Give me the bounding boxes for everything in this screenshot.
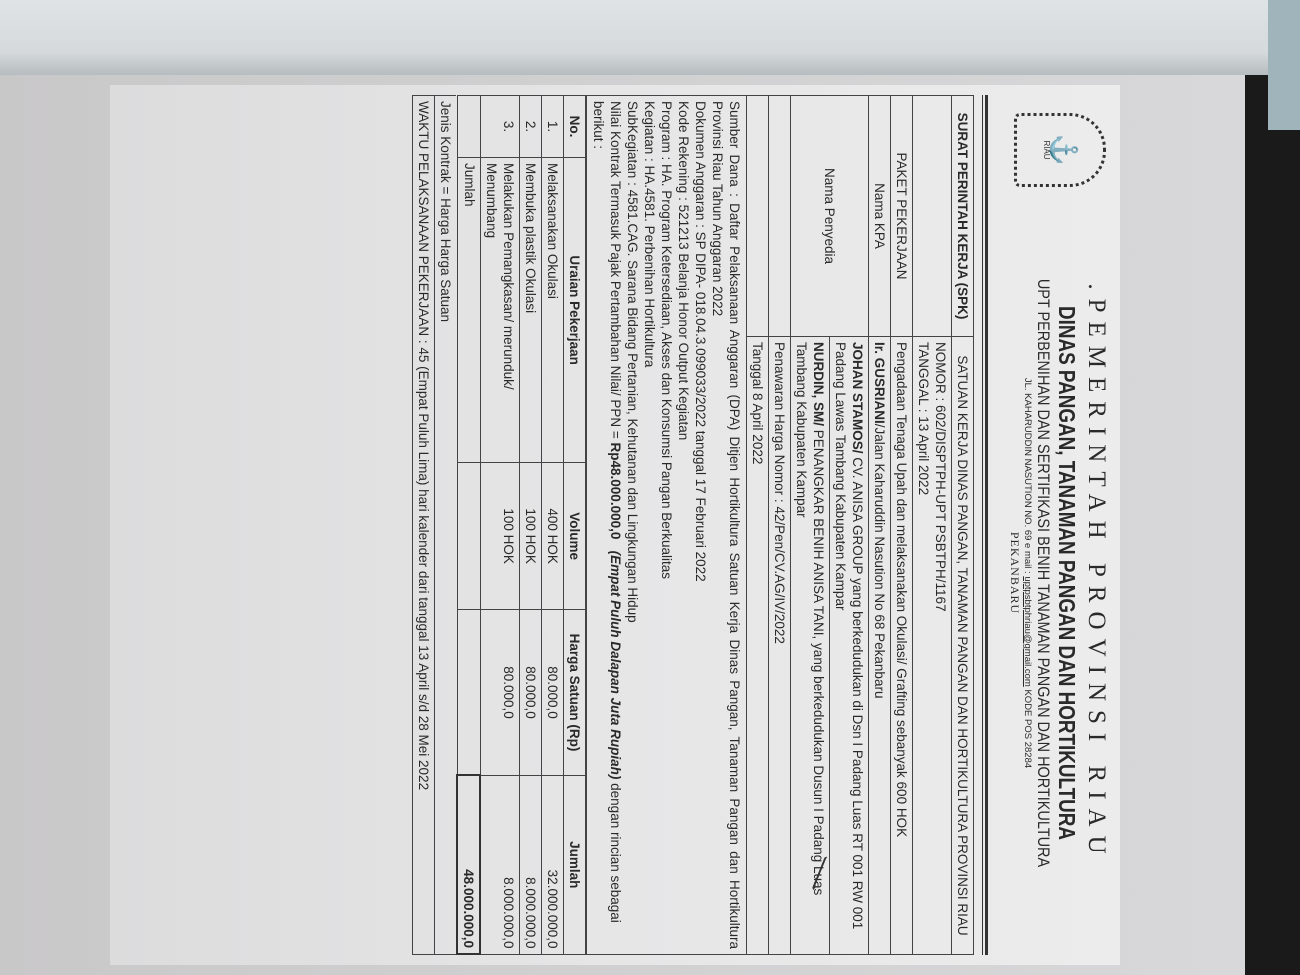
nilai-kontrak: Nilai Kontrak Termasuk Pajak Pertambahan… <box>590 101 624 949</box>
sumber-dana: Sumber Dana : Daftar Pelaksanaan Anggara… <box>709 101 743 949</box>
row-uraian: Melaksanakan Okulasi <box>542 158 564 463</box>
row-jumlah: 32.000.000,0 <box>542 775 564 954</box>
nilai-prefix: Nilai Kontrak Termasuk Pajak Pertambahan… <box>608 101 623 443</box>
row-no: 3. <box>481 96 520 158</box>
spk-row-penyedia-1: Nama Penyedia JOHAN STAMOS/ CV. ANISA GR… <box>830 96 869 955</box>
work-items-table: No. Uraian Pekerjaan Volume Harga Satuan… <box>457 95 587 955</box>
letterhead-text: .PEMERINTAH PROVINSI RIAU DINAS PANGAN, … <box>1007 191 1112 955</box>
col-no: No. <box>564 96 586 158</box>
items-header-row: No. Uraian Pekerjaan Volume Harga Satuan… <box>564 96 586 955</box>
city: PEKANBARU <box>1007 191 1022 955</box>
dokumen-anggaran: Dokumen Anggaran : SP DIPA- 018.04.3.099… <box>692 101 709 949</box>
spk-row-number: NOMOR : 602/DISPTPH-UPT PSBTPH/1167 TANG… <box>913 96 952 955</box>
government-title: .PEMERINTAH PROVINSI RIAU <box>1082 191 1110 955</box>
letterhead-divider <box>982 95 988 955</box>
spk-header-table: SURAT PERINTAH KERJA (SPK) SATUAN KERJA … <box>746 95 974 955</box>
row-harga: 80.000,0 <box>520 610 542 776</box>
nilai-amount: Rp48.000.000,0 <box>608 443 623 540</box>
spk-number-label-empty <box>913 96 952 337</box>
contract-duration: WAKTU PELAKSANAAN PEKERJAAN : 45 (Empat … <box>413 95 435 955</box>
spk-document-page: ⚓ RIAU .PEMERINTAH PROVINSI RIAU DINAS P… <box>110 85 1120 965</box>
row-jumlah: 8.000.000,0 <box>520 775 542 954</box>
jenis-kontrak: Jenis Kontrak = Harga Harga Satuan <box>438 101 455 949</box>
spk-row-kpa: Nama KPA Ir. GUSRIANI/Jalan Kaharuddin N… <box>869 96 891 955</box>
total-harga-empty <box>458 610 481 776</box>
email-link[interactable]: uptpsbtphriau@gmail.com <box>1022 576 1033 687</box>
agency-title: DINAS PANGAN, TANAMAN PANGAN DAN HORTIKU… <box>1053 260 1080 886</box>
spk-unit-cell: SATUAN KERJA DINAS PANGAN, TANAMAN PANGA… <box>952 337 974 955</box>
spk-row-penawaran: Penawaran Harga Nomor : 42/Pen/CV.AG/IV/… <box>769 96 791 955</box>
row-volume: 100 HOK <box>481 463 520 610</box>
address-text: JL. KAHARUDDIN NASUTION NO. 69 e mail : <box>1022 378 1033 576</box>
postal-code: KODE POS 28284 <box>1022 687 1033 768</box>
emblem-glyph: ⚓ <box>1052 134 1078 166</box>
table-row: 3. Melakukan Pemangkasan/ merunduk/ Menu… <box>481 96 520 955</box>
penawaran-label-empty <box>769 96 791 337</box>
total-row: Jumlah 48.000.000,0 <box>458 96 481 955</box>
col-jumlah: Jumlah <box>564 775 586 954</box>
spk-row-paket: PAKET PEKERJAAN Pengadaan Tenaga Upah da… <box>891 96 913 955</box>
penyedia-1-name: JOHAN STAMOS/ <box>850 342 865 454</box>
row-no: 2. <box>520 96 542 158</box>
total-label: Jumlah <box>458 158 481 463</box>
total-volume-empty <box>458 463 481 610</box>
penyedia-2-name: NURDIN, SM/ <box>811 342 826 426</box>
row-harga: 80.000,0 <box>542 610 564 776</box>
row-uraian: Membuka plastik Okulasi <box>520 158 542 463</box>
spk-title-label: SURAT PERINTAH KERJA (SPK) <box>952 96 974 337</box>
row-volume: 400 HOK <box>542 463 564 610</box>
riau-province-emblem-icon: ⚓ RIAU <box>1014 113 1106 187</box>
funding-info: Sumber Dana : Daftar Pelaksanaan Anggara… <box>586 95 746 955</box>
kpa-value: Ir. GUSRIANI/Jalan Kaharuddin Nasution N… <box>869 337 891 955</box>
total-no-empty <box>458 96 481 158</box>
spk-date: TANGGAL : 13 April 2022 <box>915 342 932 949</box>
penawaran-date-label-empty <box>747 96 769 337</box>
row-uraian: Melakukan Pemangkasan/ merunduk/ Menumba… <box>481 158 520 463</box>
kode-rekening: Kode Rekening : 521213 Belanja Honor Out… <box>675 101 692 949</box>
contract-footer: Jenis Kontrak = Harga Harga Satuan <box>435 95 457 955</box>
nilai-words: (Empat Puluh Dalapan Juta Rupiah) <box>608 551 623 780</box>
penawaran-number: Penawaran Harga Nomor : 42/Pen/CV.AG/IV/… <box>769 337 791 955</box>
col-harga: Harga Satuan (Rp) <box>564 610 586 776</box>
row-no: 1. <box>542 96 564 158</box>
spk-number: NOMOR : 602/DISPTPH-UPT PSBTPH/1167 <box>932 342 949 949</box>
col-volume: Volume <box>564 463 586 610</box>
emblem-text: RIAU <box>1043 140 1052 159</box>
kpa-label: Nama KPA <box>869 96 891 337</box>
letterhead: ⚓ RIAU .PEMERINTAH PROVINSI RIAU DINAS P… <box>992 95 1112 955</box>
spk-unit: SATUAN KERJA DINAS PANGAN, TANAMAN PANGA… <box>954 342 971 949</box>
subkegiatan: SubKegiatan : 4581.CAG. Sarana Bidang Pe… <box>624 101 641 949</box>
background-object <box>1268 0 1300 130</box>
penyedia-1: JOHAN STAMOS/ CV. ANISA GROUP yang berke… <box>830 337 869 955</box>
kpa-name: Ir. GUSRIANI <box>872 342 887 424</box>
unit-title: UPT PERBENIHAN DAN SERTIFIKASI BENIH TAN… <box>1033 248 1053 897</box>
row-volume: 100 HOK <box>520 463 542 610</box>
waktu-pelaksanaan: WAKTU PELAKSANAAN PEKERJAAN : 45 (Empat … <box>416 101 433 949</box>
spk-row-title: SURAT PERINTAH KERJA (SPK) SATUAN KERJA … <box>952 96 974 955</box>
col-uraian: Uraian Pekerjaan <box>564 158 586 463</box>
paket-value: Pengadaan Tenaga Upah dan melaksanakan O… <box>891 337 913 955</box>
kegiatan: Kegiatan : HA.4581. Perbenihan Hortikult… <box>641 101 658 949</box>
penyedia-label: Nama Penyedia <box>791 96 869 337</box>
spk-row-penawaran-date: Tanggal 8 April 2022 <box>747 96 769 955</box>
kpa-address: /Jalan Kaharuddin Nasution No 68 Pekanba… <box>872 424 887 699</box>
total-value: 48.000.000,0 <box>458 775 481 954</box>
program: Program : HA. Program Ketersediaan, Akse… <box>658 101 675 949</box>
table-row: 1. Melaksanakan Okulasi 400 HOK 80.000,0… <box>542 96 564 955</box>
address-line: JL. KAHARUDDIN NASUTION NO. 69 e mail : … <box>1022 191 1033 955</box>
row-jumlah: 8.000.000,0 <box>481 775 520 954</box>
spk-number-cell: NOMOR : 602/DISPTPH-UPT PSBTPH/1167 TANG… <box>913 337 952 955</box>
row-harga: 80.000,0 <box>481 610 520 776</box>
penawaran-date: Tanggal 8 April 2022 <box>747 337 769 955</box>
paket-label: PAKET PEKERJAAN <box>891 96 913 337</box>
table-row: 2. Membuka plastik Okulasi 100 HOK 80.00… <box>520 96 542 955</box>
background-top-edge <box>0 0 1300 75</box>
